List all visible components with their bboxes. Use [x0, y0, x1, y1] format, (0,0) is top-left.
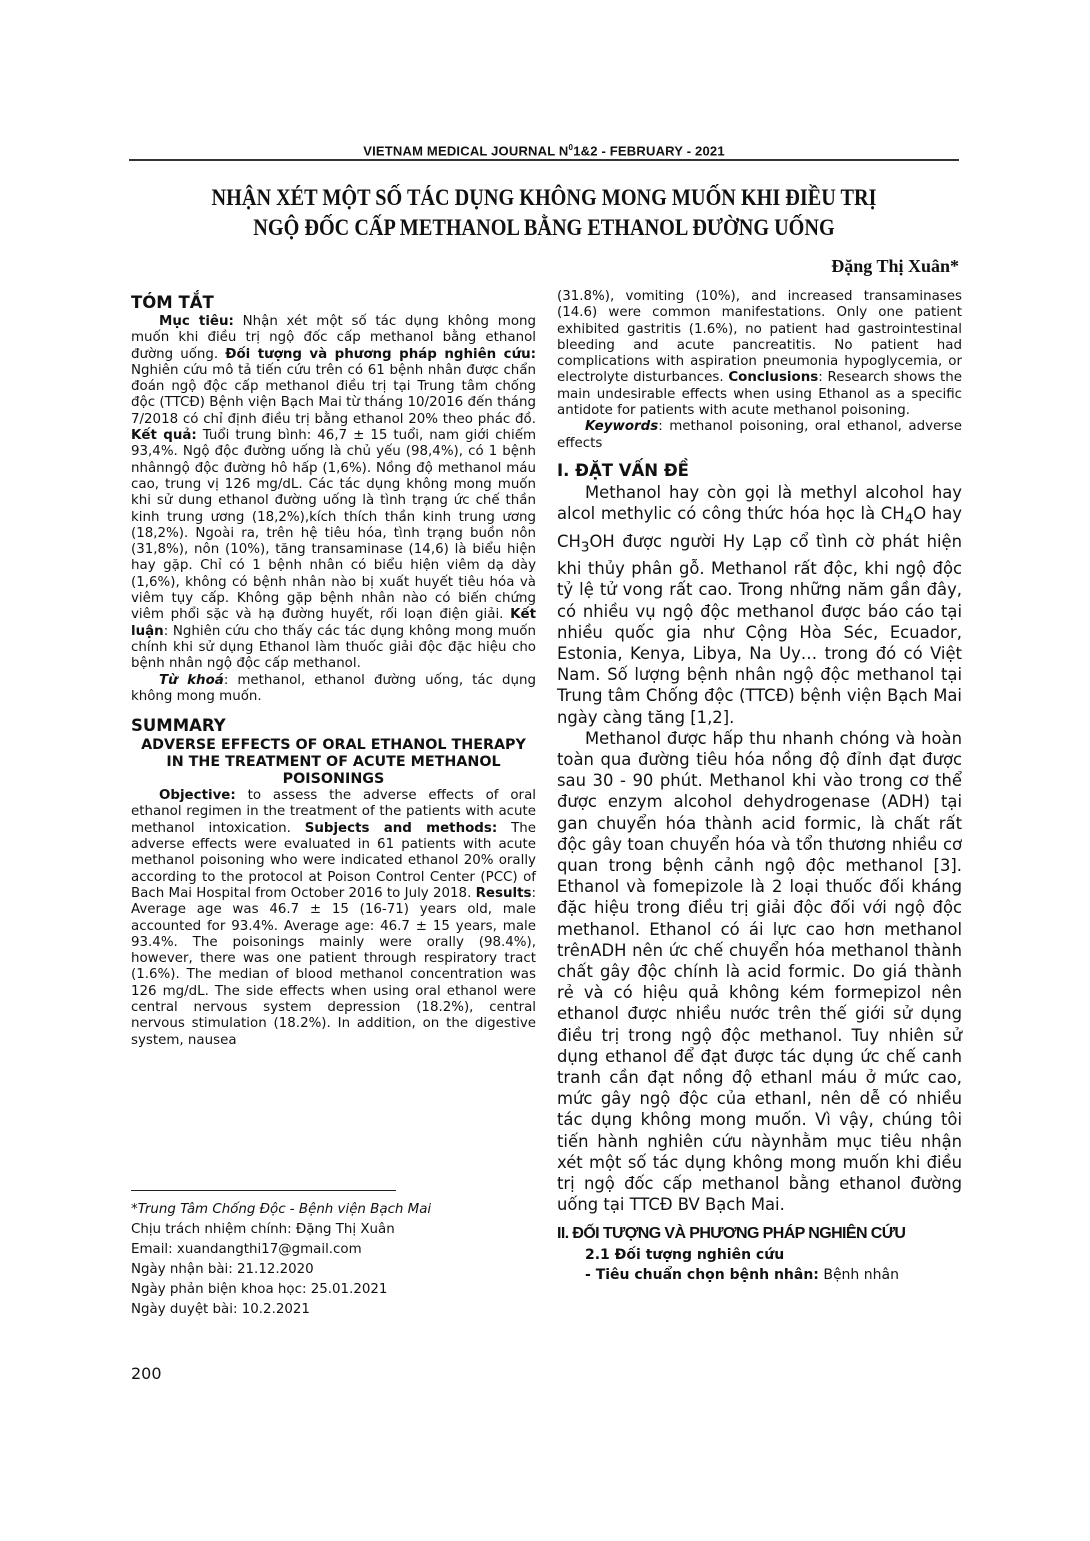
keywords-vi: Từ khoá: methanol, ethanol đường uống, t…: [131, 673, 536, 706]
footnote-received: Ngày nhận bài: 21.12.2020: [131, 1260, 431, 1280]
article-title: NHẬN XÉT MỘT SỐ TÁC DỤNG KHÔNG MONG MUỐN…: [187, 183, 901, 243]
text-conclusion: : Nghiên cứu cho thấy các tác dụng không…: [131, 624, 536, 672]
journal-page: VIETNAM MEDICAL JOURNAL N01&2 - FEBRUARY…: [0, 0, 1090, 1541]
label-conclusions-en: Conclusions: [728, 370, 818, 385]
label-objective-en: Objective:: [159, 788, 236, 803]
footnote-affiliation: *Trung Tâm Chống Độc - Bệnh viện Bạch Ma…: [131, 1202, 431, 1217]
author: Đặng Thị Xuân*: [831, 256, 959, 277]
title-line-2: NGỘ ĐỐC CẤP METHANOL BẰNG ETHANOL ĐƯỜNG …: [187, 213, 901, 243]
section-1-paragraph-1: Methanol hay còn gọi là methyl alcohol h…: [557, 482, 962, 728]
left-column: TÓM TẮT Mục tiêu: Nhận xét một số tác dụ…: [131, 292, 536, 1049]
p1-part-c: OH được người Hy Lạp cổ tình cờ phát hiệ…: [557, 532, 962, 727]
text-methods: Nghiên cứu mô tả tiến cứu trên có 61 bện…: [131, 363, 536, 427]
section-2-1-heading: 2.1 Đối tượng nghiên cứu: [557, 1245, 962, 1265]
section-1-heading: I. ĐẶT VẤN ĐỀ: [557, 460, 962, 482]
footnote-reviewed: Ngày phản biện khoa học: 25.01.2021: [131, 1280, 431, 1300]
p1-part-a: Methanol hay còn gọi là methyl alcohol h…: [557, 483, 962, 523]
label-keywords-vi: Từ khoá: [159, 673, 224, 688]
summary-heading: SUMMARY: [131, 715, 536, 737]
right-column: (31.8%), vomiting (10%), and increased t…: [557, 289, 962, 1285]
text-results: Tuổi trung bình: 46,7 ± 15 tuổi, nam giớ…: [131, 428, 536, 622]
label-criteria: Tiêu chuẩn chọn bệnh nhân:: [596, 1267, 819, 1283]
title-line-1: NHẬN XÉT MỘT SỐ TÁC DỤNG KHÔNG MONG MUỐN…: [187, 183, 901, 213]
label-methods: Đối tượng và phương pháp nghiên cứu:: [225, 347, 536, 362]
bullet-dash: -: [585, 1267, 596, 1283]
summary-title: ADVERSE EFFECTS OF ORAL ETHANOL THERAPY …: [131, 737, 536, 788]
label-keywords-en: Keywords: [585, 419, 658, 434]
running-header: VIETNAM MEDICAL JOURNAL N01&2 - FEBRUARY…: [129, 143, 959, 158]
abstract-vi-heading: TÓM TẮT: [131, 292, 536, 314]
abstract-en-body: Objective: to assess the adverse effects…: [131, 788, 536, 1049]
footnote-responsible: Chịu trách nhiệm chính: Đặng Thị Xuân: [131, 1220, 431, 1240]
text-results-en: : Average age was 46.7 ± 15 (16-71) year…: [131, 886, 536, 1048]
label-results: Kết quả:: [131, 428, 197, 443]
section-2-heading: II. ĐỐI TƯỢNG VÀ PHƯƠNG PHÁP NGHIÊN CỨU: [557, 1223, 962, 1245]
issue-date: 1&2 - FEBRUARY - 2021: [573, 143, 725, 158]
subscript-4: 4: [905, 511, 914, 527]
footnote-rule: [131, 1190, 396, 1191]
label-objective: Mục tiêu:: [159, 314, 234, 329]
section-1-paragraph-2: Methanol được hấp thu nhanh chóng và hoà…: [557, 728, 962, 1216]
abstract-vi-body: Mục tiêu: Nhận xét một số tác dụng không…: [131, 314, 536, 673]
header-rule: [129, 159, 959, 161]
footnote-email: Email: xuandangthi17@gmail.com: [131, 1240, 431, 1260]
label-methods-en: Subjects and methods:: [305, 821, 498, 836]
text-criteria: Bệnh nhân: [819, 1267, 899, 1283]
criteria-bullet: - Tiêu chuẩn chọn bệnh nhân: Bệnh nhân: [557, 1265, 962, 1285]
footnote-accepted: Ngày duyệt bài: 10.2.2021: [131, 1300, 431, 1320]
journal-name: VIETNAM MEDICAL JOURNAL N: [363, 143, 568, 158]
footnotes: *Trung Tâm Chống Độc - Bệnh viện Bạch Ma…: [131, 1200, 431, 1320]
abstract-en-continued: (31.8%), vomiting (10%), and increased t…: [557, 289, 962, 419]
label-results-en: Results: [476, 886, 532, 901]
page-number: 200: [131, 1364, 162, 1383]
keywords-en: Keywords: methanol poisoning, oral ethan…: [557, 419, 962, 452]
